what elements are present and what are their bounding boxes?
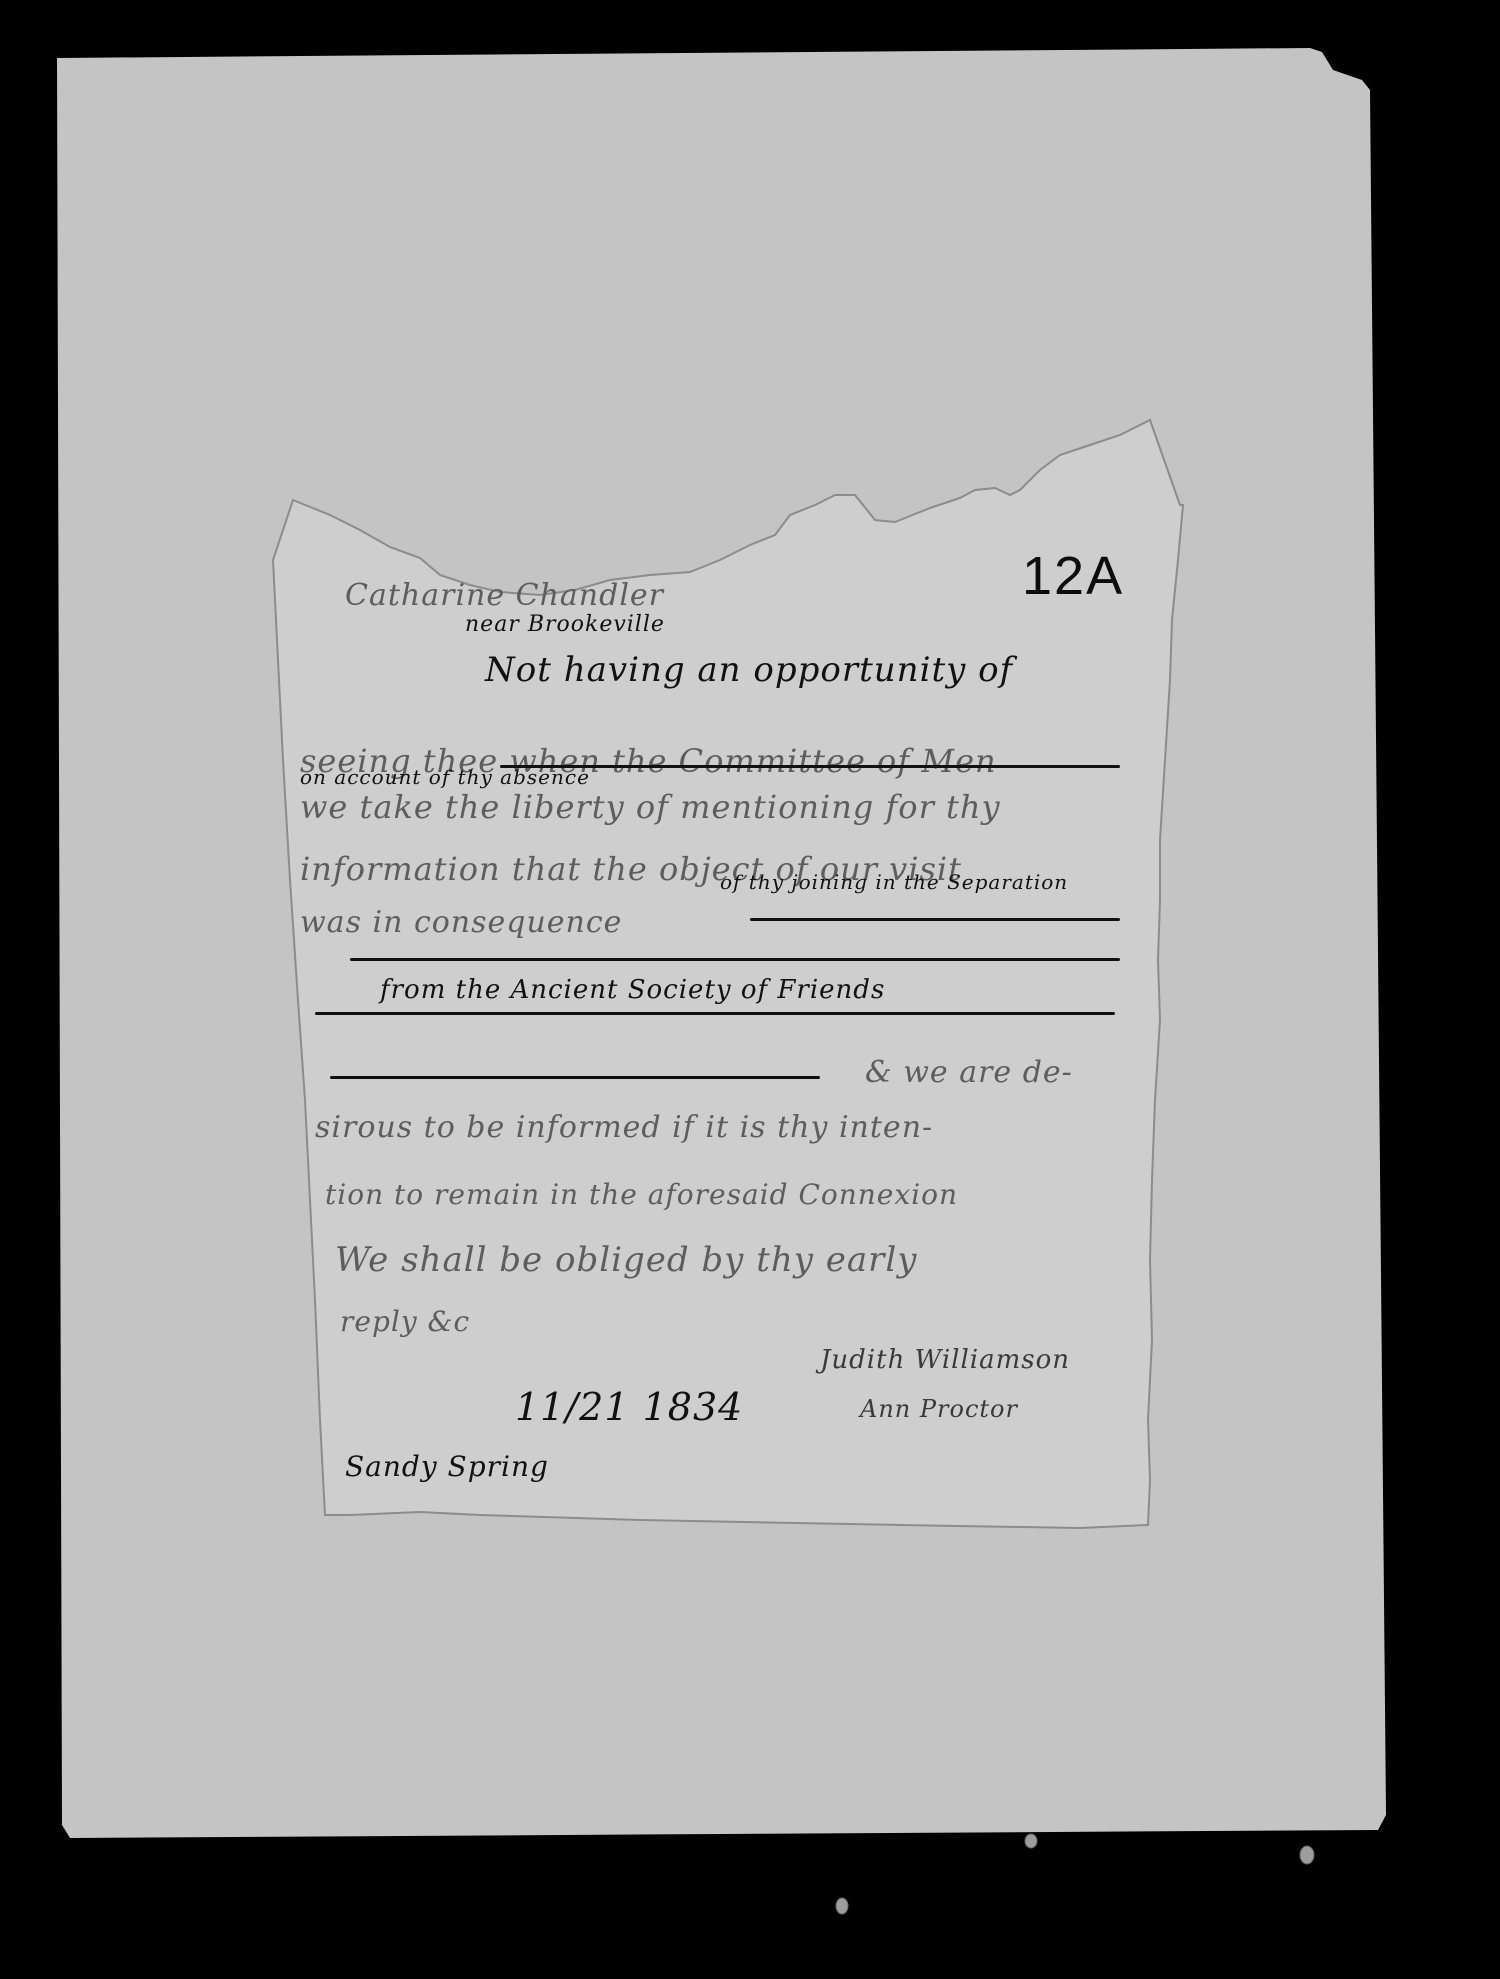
letter-line: Not having an opportunity of [485, 650, 1013, 690]
strike-through [315, 1012, 1115, 1015]
letter-date: 11/21 1834 [515, 1385, 743, 1429]
signature: Ann Proctor [860, 1395, 1018, 1423]
folio-number: 12A [1022, 545, 1124, 607]
letter-line-insert: on account of thy absence [300, 765, 590, 789]
signature: Judith Williamson [820, 1345, 1070, 1375]
letter-line: sirous to be informed if it is thy inten… [315, 1110, 933, 1145]
letter-line: We shall be obliged by thy early [335, 1240, 918, 1280]
stain-spot [1025, 1834, 1037, 1848]
stain-spot [1300, 1846, 1314, 1864]
strike-through [350, 958, 1120, 961]
strike-through [500, 765, 1120, 768]
letter-place: Sandy Spring [345, 1450, 549, 1483]
letter-line: reply &c [340, 1305, 470, 1338]
letter-line: was in consequence [300, 905, 622, 940]
letter-line: we take the liberty of mentioning for th… [300, 788, 1001, 826]
strike-through [330, 1076, 820, 1079]
letter-line: & we are de- [865, 1055, 1073, 1090]
letter-line: from the Ancient Society of Friends [380, 975, 885, 1005]
letter-line-insert: of thy joining in the Separation [720, 870, 1068, 894]
letter-line: tion to remain in the aforesaid Connexio… [325, 1178, 958, 1211]
scanned-document: 12A Catharine Chandler near Brookeville … [0, 0, 1500, 1979]
stain-spot [836, 1898, 848, 1914]
strike-through [750, 918, 1120, 921]
addressee-name: Catharine Chandler [345, 578, 664, 613]
addressee-location: near Brookeville [465, 612, 665, 637]
